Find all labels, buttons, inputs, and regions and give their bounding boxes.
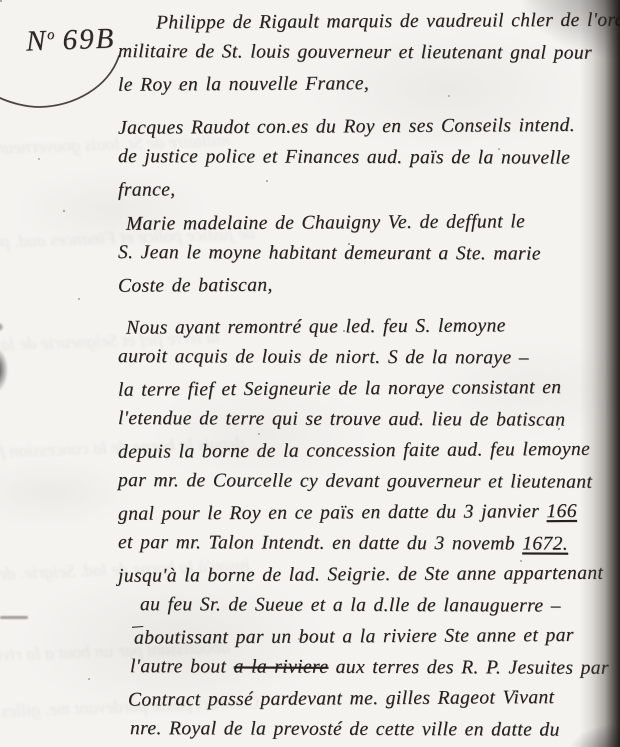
manuscript-line-date-talon: et par mr. Talon Intendt. en datte du 3 … (118, 527, 620, 560)
line-text: aux terres des R. P. Jesuites par (328, 657, 609, 679)
underlined-date: 166 (546, 501, 577, 522)
manuscript-line: au feu Sr. de Sueue et a la d.lle de lan… (118, 589, 620, 622)
manuscript-line: militaire de St. louis gouverneur et lie… (118, 36, 620, 69)
manuscript-line: la terre fief et Seigneurie de la noraye… (118, 371, 620, 405)
paragraph-vaudreuil-title: Philippe de Rigault marquis de vaudreuil… (118, 6, 620, 99)
manuscript-line: nre. Royal de la prevosté de cette ville… (118, 713, 620, 746)
manuscript-line: depuis la borne de la concession faite a… (118, 433, 620, 467)
paragraph-raudot-title: Jacques Raudot con.es du Roy en ses Cons… (118, 111, 620, 204)
paragraph-petition-body: Nous ayant remontré que led. feu S. lemo… (118, 311, 620, 745)
manuscript-line: Coste de batiscan, (118, 267, 620, 301)
manuscript-line: de justice police et Finances aud. païs … (118, 141, 620, 174)
manuscript-line: le Roy en la nouvelle France, (118, 66, 620, 100)
manuscript-line: auroit acquis de louis de niort. S de la… (118, 341, 620, 374)
manuscript-line: Nous ayant remontré que led. feu S. lemo… (118, 309, 620, 343)
ink-blot (0, 322, 4, 332)
manuscript-line: france, (118, 171, 620, 205)
paper-flecks (0, 0, 2, 2)
manuscript-line: l'etendue de terre qui se trouve aud. li… (118, 403, 620, 436)
paragraph-chavigny-party: Marie madelaine de Chauigny Ve. de deffu… (118, 207, 620, 300)
manuscript-line: Philippe de Rigault marquis de vaudreuil… (118, 4, 620, 38)
margin-number-prefix: N (25, 25, 47, 58)
manuscript-line-date-courcelle: gnal pour le Roy en ce païs en datte du … (118, 495, 620, 529)
line-text: l'autre bout (130, 656, 234, 677)
struck-through-text: a la riviere (234, 656, 329, 677)
line-text: gnal pour le Roy en ce païs en datte du … (118, 501, 547, 525)
manuscript-line: Contract passé pardevant me. gilles Rage… (118, 681, 620, 715)
manuscript-line: aboutissant par un bout a la riviere Ste… (118, 619, 620, 653)
manuscript-line: Marie madelaine de Chauigny Ve. de deffu… (118, 205, 620, 239)
manuscript-line: Jacques Raudot con.es du Roy en ses Cons… (118, 109, 620, 143)
margin-number-superscript: o (47, 27, 55, 43)
manuscript-line: S. Jean le moyne habitant demeurant a St… (118, 237, 620, 270)
underlined-date: 1672. (522, 533, 568, 554)
manuscript-line: jusqu'à la borne de lad. Seigrie. de Ste… (118, 557, 620, 591)
line-text: et par mr. Talon Intendt. en datte du 3 … (118, 532, 522, 554)
manuscript-line: par mr. de Courcelle cy devant gouverneu… (118, 465, 620, 498)
margin-number: No69B (25, 22, 115, 58)
edge-ink-mark (0, 616, 28, 619)
margin-number-value: 69B (62, 22, 116, 56)
manuscript-text: Philippe de Rigault marquis de vaudreuil… (118, 6, 620, 745)
manuscript-page: militaire de St. louis gouverneur et lie… (0, 0, 620, 747)
manuscript-line-with-strikethrough: l'autre bout a la riviere aux terres des… (118, 651, 620, 684)
ink-blot (0, 348, 8, 392)
